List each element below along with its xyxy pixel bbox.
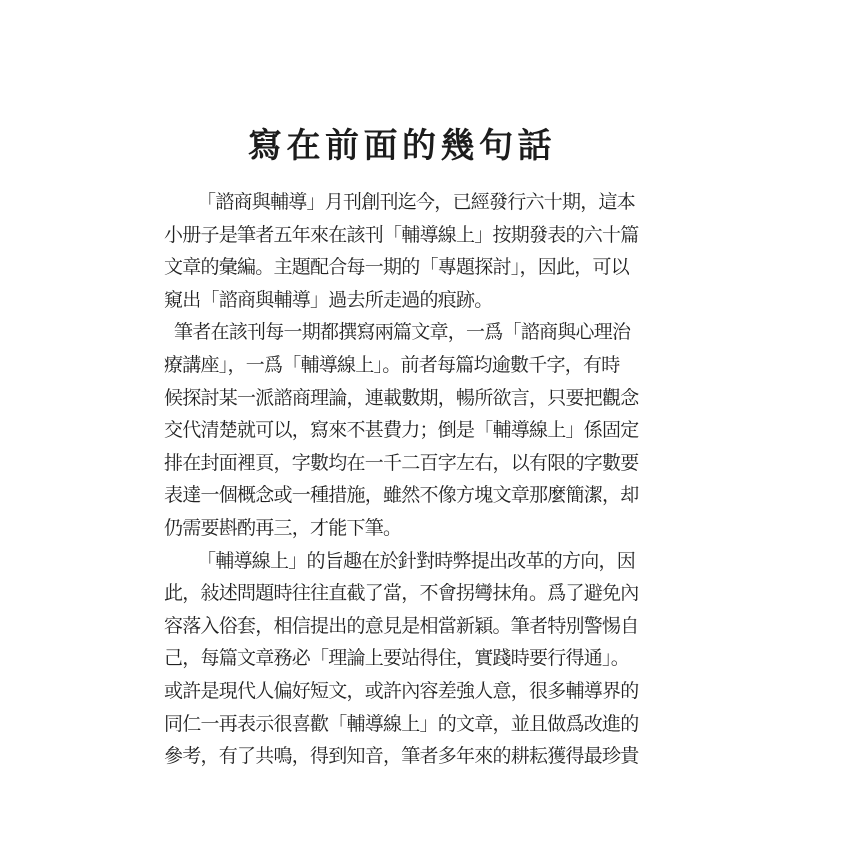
text-line: 「輔導線上」的旨趣在於針對時弊提出改革的方向，因 bbox=[164, 546, 650, 579]
text-line: 「諮商與輔導」月刊創刊迄今，已經發行六十期，這本 bbox=[164, 187, 650, 220]
text-line: 容落入俗套，相信提出的意見是相當新穎。筆者特別警惕自 bbox=[164, 611, 650, 644]
book-page: 寫在前面的幾句話 「諮商與輔導」月刊創刊迄今，已經發行六十期，這本 小册子是筆者… bbox=[0, 0, 850, 850]
text-line: 文章的彙編。主題配合每一期的「專題探討」，因此，可以 bbox=[164, 252, 650, 285]
text-line: 此，敍述問題時往往直截了當，不會拐彎抹角。爲了避免內 bbox=[164, 578, 650, 611]
text-line: 窺出「諮商與輔導」過去所走過的痕跡。 bbox=[164, 285, 650, 318]
text-line: 或許是現代人偏好短文，或許內容差強人意，很多輔導界的 bbox=[164, 676, 650, 709]
text-line: 小册子是筆者五年來在該刊「輔導線上」按期發表的六十篇 bbox=[164, 220, 650, 253]
text-line: 交代清楚就可以，寫來不甚費力；倒是「輔導線上」係固定 bbox=[164, 415, 650, 448]
text-line: 己，每篇文章務必「理論上要站得住，實踐時要行得通」。 bbox=[164, 643, 650, 676]
text-line: 表達一個概念或一種措施，雖然不像方塊文章那麼簡潔，却 bbox=[164, 480, 650, 513]
text-line: 排在封面裡頁，字數均在一千二百字左右，以有限的字數要 bbox=[164, 448, 650, 481]
text-line: 療講座」，一爲「輔導線上」。前者每篇均逾數千字，有時 bbox=[164, 350, 650, 383]
text-line: 筆者在該刊每一期都撰寫兩篇文章，一爲「諮商與心理治 bbox=[164, 317, 650, 350]
text-line: 仍需要斟酌再三，才能下筆。 bbox=[164, 513, 650, 546]
text-line: 候探討某一派諮商理論，連載數期，暢所欲言，只要把觀念 bbox=[164, 383, 650, 416]
page-title: 寫在前面的幾句話 bbox=[248, 118, 556, 167]
text-line: 參考，有了共鳴，得到知音，筆者多年來的耕耘獲得最珍貴 bbox=[164, 741, 650, 774]
text-line: 同仁一再表示很喜歡「輔導線上」的文章，並且做爲改進的 bbox=[164, 709, 650, 742]
body-text: 「諮商與輔導」月刊創刊迄今，已經發行六十期，這本 小册子是筆者五年來在該刊「輔導… bbox=[164, 187, 650, 774]
